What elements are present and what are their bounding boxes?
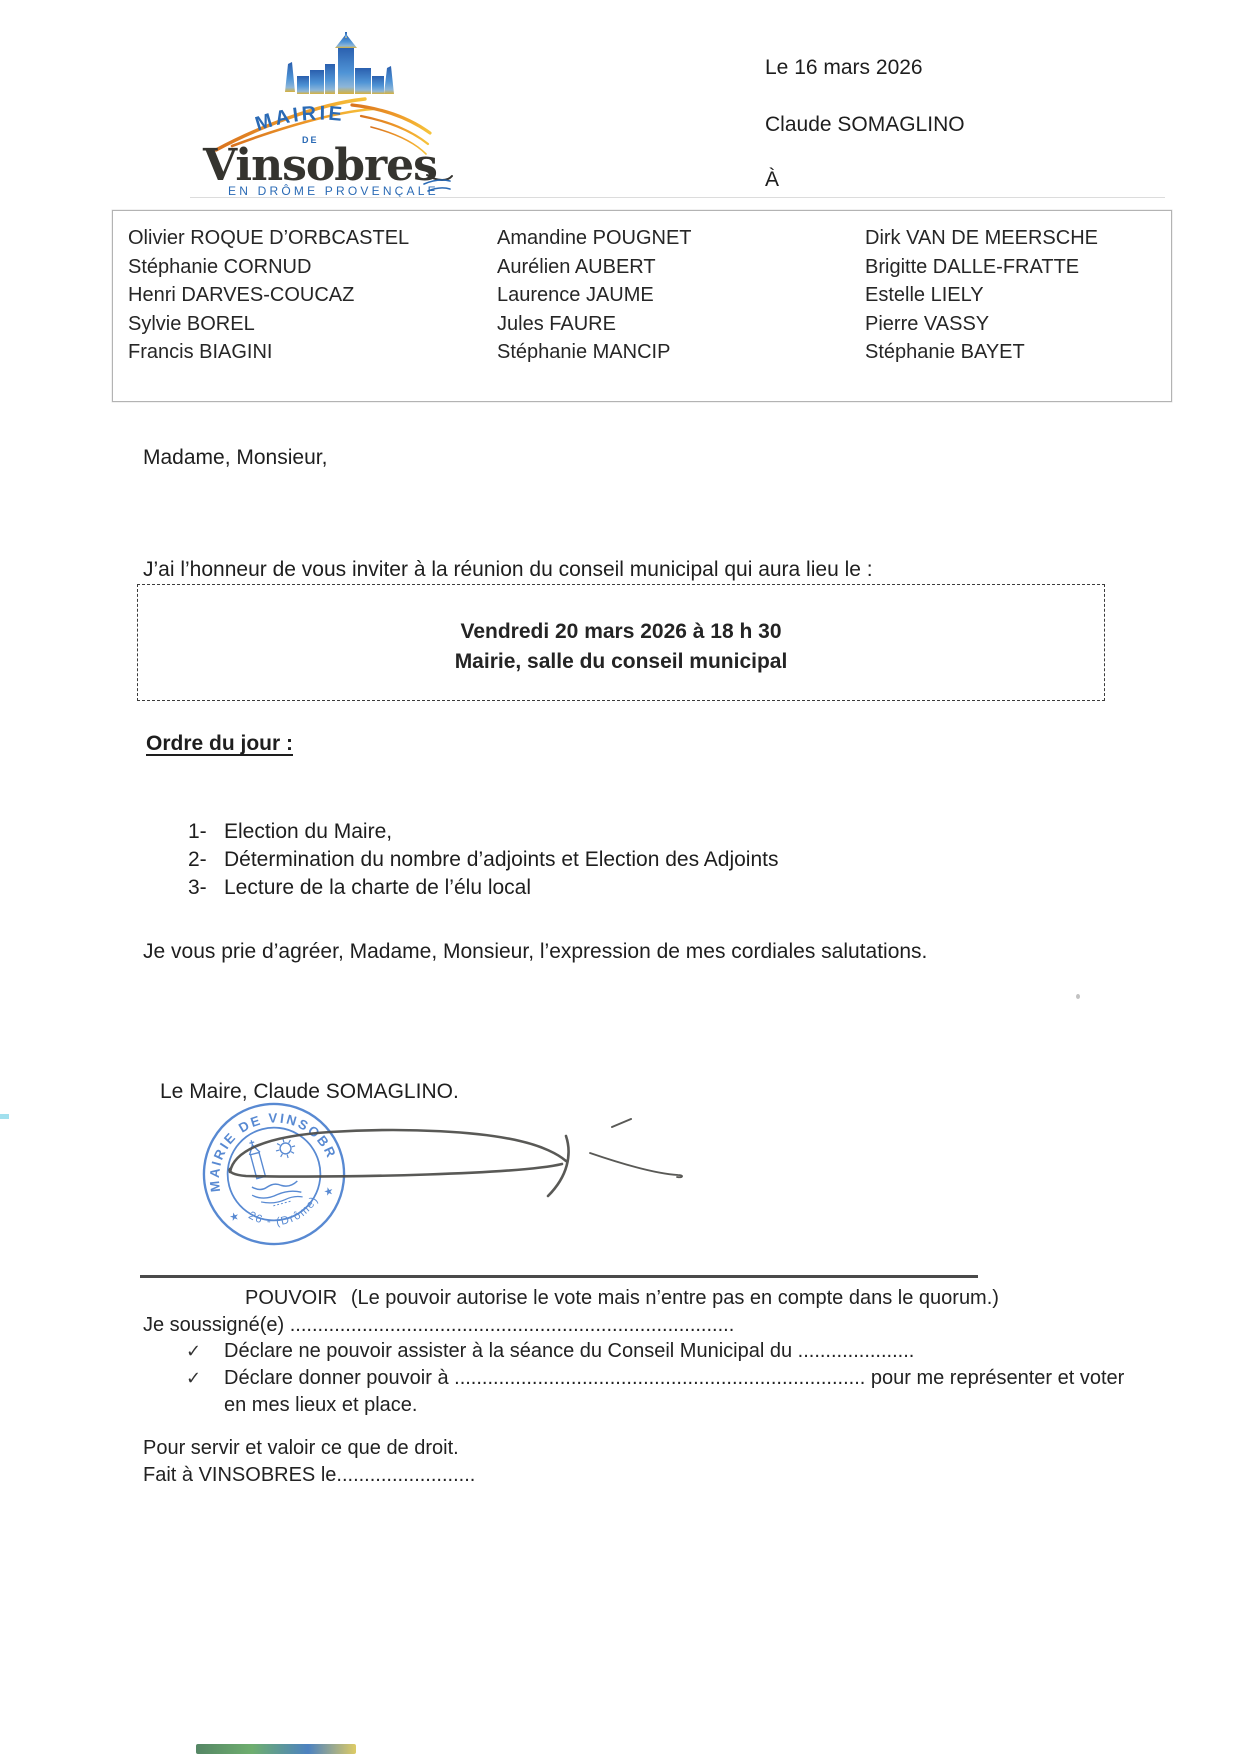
scan-artifact-footer-strip <box>196 1744 356 1754</box>
recipient-name: Jules FAURE <box>497 310 692 339</box>
sender-name: Claude SOMAGLINO <box>765 113 965 137</box>
closing-line: Je vous prie d’agréer, Madame, Monsieur,… <box>143 940 927 964</box>
meeting-datetime: Vendredi 20 mars 2026 à 18 h 30 <box>138 585 1104 647</box>
pouvoir-title: POUVOIR <box>245 1287 337 1309</box>
agenda-item: 2-Détermination du nombre d’adjoints et … <box>188 848 779 872</box>
recipient-name: Sylvie BOREL <box>128 310 409 339</box>
check-icon: ✓ <box>186 1341 224 1362</box>
agenda-item-text: Lecture de la charte de l’élu local <box>224 876 531 899</box>
recipient-marker: À <box>765 168 779 192</box>
agenda-item-number: 3- <box>188 876 224 900</box>
pouvoir-item-continuation: en mes lieux et place. <box>224 1394 417 1417</box>
recipient-name: Stéphanie BAYET <box>865 338 1098 367</box>
pouvoir-item-text: Déclare donner pouvoir à ...............… <box>224 1367 1124 1389</box>
recipients-column-3: Dirk VAN DE MEERSCHE Brigitte DALLE-FRAT… <box>865 224 1098 367</box>
agenda-item: 1-Election du Maire, <box>188 820 392 844</box>
check-icon: ✓ <box>186 1368 224 1389</box>
pouvoir-item-text: Déclare ne pouvoir assister à la séance … <box>224 1340 914 1362</box>
recipient-name: Olivier ROQUE D’ORBCASTEL <box>128 224 409 253</box>
scan-artifact-speck <box>1076 994 1080 999</box>
agenda-item-number: 2- <box>188 848 224 872</box>
logo-graphic: MAIRIE DE Vinsobres EN DRÔME PROVENÇALE <box>202 32 454 197</box>
recipient-name: Henri DARVES-COUCAZ <box>128 281 409 310</box>
pouvoir-divider <box>140 1275 978 1278</box>
recipient-name: Stéphanie MANCIP <box>497 338 692 367</box>
recipient-name: Brigitte DALLE-FRATTE <box>865 253 1098 282</box>
mairie-vinsobres-logo: MAIRIE DE Vinsobres EN DRÔME PROVENÇALE <box>202 32 454 197</box>
agenda-item-text: Détermination du nombre d’adjoints et El… <box>224 848 779 871</box>
recipient-name: Francis BIAGINI <box>128 338 409 367</box>
stamp-star-left-icon: ★ <box>228 1210 241 1224</box>
scan-artifact-dash <box>0 1114 9 1119</box>
date-line: Le 16 mars 2026 <box>765 56 923 80</box>
meeting-location: Mairie, salle du conseil municipal <box>138 647 1104 677</box>
pouvoir-note: (Le pouvoir autorise le vote mais n’entr… <box>351 1287 999 1309</box>
recipients-box: Olivier ROQUE D’ORBCASTEL Stéphanie CORN… <box>112 210 1172 402</box>
salutation: Madame, Monsieur, <box>143 446 327 470</box>
logo-tagline-text: EN DRÔME PROVENÇALE <box>228 183 439 197</box>
valoir-line: Pour servir et valoir ce que de droit. <box>143 1437 459 1460</box>
pouvoir-item: ✓Déclare ne pouvoir assister à la séance… <box>186 1340 914 1363</box>
recipients-column-1: Olivier ROQUE D’ORBCASTEL Stéphanie CORN… <box>128 224 409 367</box>
agenda-item-text: Election du Maire, <box>224 820 392 843</box>
recipient-name: Laurence JAUME <box>497 281 692 310</box>
agenda-heading: Ordre du jour : <box>146 732 293 756</box>
logo-village-icon <box>285 32 394 94</box>
scanned-letter-page: MAIRIE DE Vinsobres EN DRÔME PROVENÇALE … <box>0 0 1241 1754</box>
meeting-box: Vendredi 20 mars 2026 à 18 h 30 Mairie, … <box>137 584 1105 701</box>
pouvoir-item: ✓Déclare donner pouvoir à ..............… <box>186 1367 1124 1390</box>
signature-scrawl-icon <box>210 1106 690 1206</box>
fait-line: Fait à VINSOBRES le.....................… <box>143 1464 475 1487</box>
pouvoir-title-line: POUVOIR (Le pouvoir autorise le vote mai… <box>245 1287 999 1310</box>
agenda-item: 3-Lecture de la charte de l’élu local <box>188 876 531 900</box>
agenda-item-number: 1- <box>188 820 224 844</box>
recipient-name: Estelle LIELY <box>865 281 1098 310</box>
recipient-name: Amandine POUGNET <box>497 224 692 253</box>
invitation-line: J’ai l’honneur de vous inviter à la réun… <box>143 558 873 582</box>
scan-artifact-line <box>190 197 1165 198</box>
soussigne-line: Je soussigné(e) ........................… <box>143 1314 734 1337</box>
recipient-name: Pierre VASSY <box>865 310 1098 339</box>
recipient-name: Dirk VAN DE MEERSCHE <box>865 224 1098 253</box>
recipients-column-2: Amandine POUGNET Aurélien AUBERT Laurenc… <box>497 224 692 367</box>
recipient-name: Stéphanie CORNUD <box>128 253 409 282</box>
logo-mairie-text: MAIRIE <box>253 102 346 135</box>
recipient-name: Aurélien AUBERT <box>497 253 692 282</box>
